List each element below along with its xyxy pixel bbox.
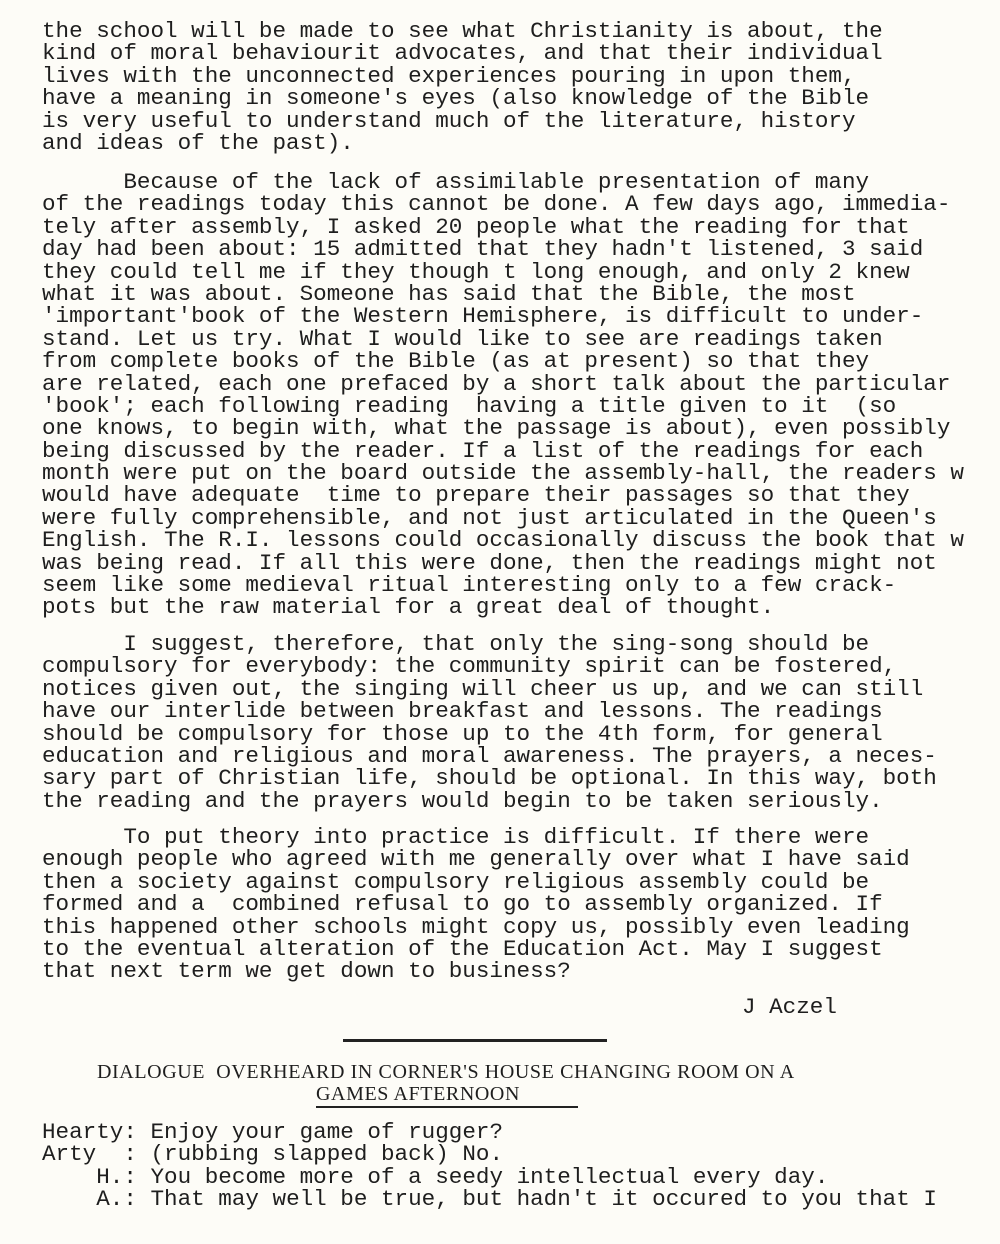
text-line: that next term we get down to business? [0,960,1000,982]
text-line: have our interlide between breakfast and… [0,700,1000,722]
dialogue-line: Hearty: Enjoy your game of rugger? [0,1121,1000,1143]
speaker-separator: : [123,1186,150,1212]
text-line: tely after assembly, I asked 20 people w… [0,216,1000,238]
paragraph-2: Because of the lack of assimilable prese… [0,171,1000,619]
text-line: what it was about. Someone has said that… [0,283,1000,305]
text-line: one knows, to begin with, what the passa… [0,417,1000,439]
text-line: stand. Let us try. What I would like to … [0,328,1000,350]
dialogue-heading: DIALOGUE OVERHEARD IN CORNER'S HOUSE CHA… [0,1061,1000,1106]
text-line: then a society against compulsory religi… [0,871,1000,893]
signature-block: J Aczel [0,996,1000,1018]
text-line: this happened other schools might copy u… [0,916,1000,938]
text-line: month were put on the board outside the … [0,462,1000,484]
text-line: enough people who agreed with me general… [0,848,1000,870]
text-line: I suggest, therefore, that only the sing… [0,633,1000,655]
text-line: the school will be made to see what Chri… [0,20,1000,42]
paragraph-3: I suggest, therefore, that only the sing… [0,633,1000,812]
text-line: is very useful to understand much of the… [0,110,1000,132]
typewritten-page: the school will be made to see what Chri… [0,0,1000,1244]
speaker: A. [42,1186,123,1212]
text-line: were fully comprehensible, and not just … [0,507,1000,529]
text-line: 'book'; each following reading having a … [0,395,1000,417]
spoken-text: That may well be true, but hadn't it occ… [150,1186,936,1212]
dialogue-line: Arty : (rubbing slapped back) No. [0,1143,1000,1165]
text-line: from complete books of the Bible (as at … [0,350,1000,372]
text-line: should be compulsory for those up to the… [0,723,1000,745]
text-line: seem like some medieval ritual interesti… [0,574,1000,596]
paragraph-4: To put theory into practice is difficult… [0,826,1000,983]
text-line: compulsory for everybody: the community … [0,655,1000,677]
text-line: being discussed by the reader. If a list… [0,440,1000,462]
text-line: and ideas of the past). [0,132,1000,154]
dialogue: Hearty: Enjoy your game of rugger?Arty :… [0,1121,1000,1211]
text-line: To put theory into practice is difficult… [0,826,1000,848]
signature: J Aczel [0,996,1000,1018]
text-line: pots but the raw material for a great de… [0,596,1000,618]
text-line: sary part of Christian life, should be o… [0,767,1000,789]
text-line: would have adequate time to prepare thei… [0,484,1000,506]
heading-line-2: GAMES AFTERNOON [0,1083,1000,1105]
section-divider [343,1039,607,1042]
text-line: was being read. If all this were done, t… [0,552,1000,574]
dialogue-line: H.: You become more of a seedy intellect… [0,1166,1000,1188]
text-line: of the readings today this cannot be don… [0,193,1000,215]
text-line: the reading and the prayers would begin … [0,790,1000,812]
text-line: English. The R.I. lessons could occasion… [0,529,1000,551]
text-line: education and religious and moral awaren… [0,745,1000,767]
text-line: Because of the lack of assimilable prese… [0,171,1000,193]
text-line: notices given out, the singing will chee… [0,678,1000,700]
text-line: day had been about: 15 admitted that the… [0,238,1000,260]
text-line: to the eventual alteration of the Educat… [0,938,1000,960]
text-line: have a meaning in someone's eyes (also k… [0,87,1000,109]
heading-line-1: DIALOGUE OVERHEARD IN CORNER'S HOUSE CHA… [0,1061,1000,1083]
dialogue-line: A.: That may well be true, but hadn't it… [0,1188,1000,1210]
text-line: 'important'book of the Western Hemispher… [0,305,1000,327]
text-line: kind of moral behaviourit advocates, and… [0,42,1000,64]
text-line: are related, each one prefaced by a shor… [0,373,1000,395]
text-line: lives with the unconnected experiences p… [0,65,1000,87]
heading-underline [316,1106,578,1108]
paragraph-1: the school will be made to see what Chri… [0,20,1000,154]
text-line: formed and a combined refusal to go to a… [0,893,1000,915]
text-line: they could tell me if they though t long… [0,261,1000,283]
